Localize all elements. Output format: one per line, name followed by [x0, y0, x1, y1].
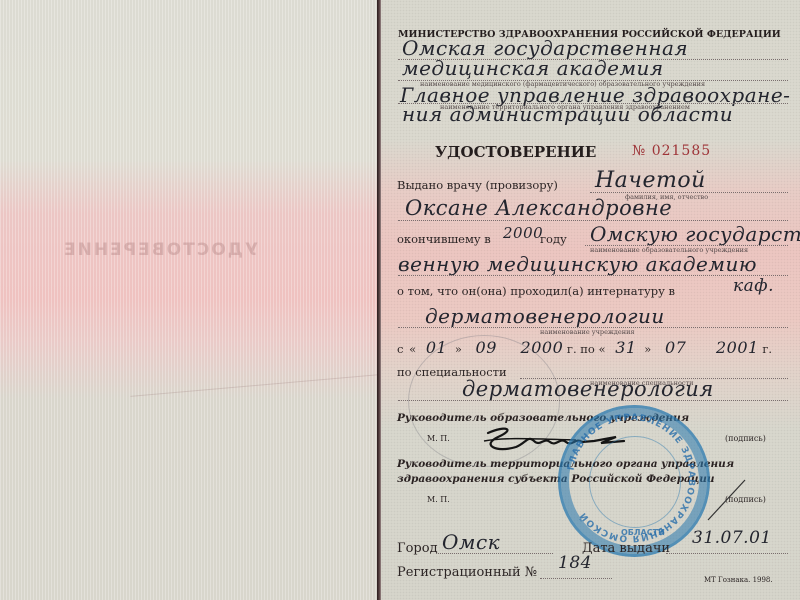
internship-label: о том, что он(она) проходил(а) интернату… — [397, 284, 675, 298]
graduated-label: окончившему в — [397, 232, 491, 246]
svg-text:ГЛАВНОЕ УПРАВЛЕНИЕ ЗДРАВООХРАН: ГЛАВНОЕ УПРАВЛЕНИЕ ЗДРАВООХРАНЕНИЯ ОМСКО… — [566, 413, 696, 543]
seal-place-2: М. П. — [427, 495, 450, 504]
internship-dept-line-1: каф. — [733, 276, 774, 296]
left-page: УДОСТОВЕРЕНИЕ — [0, 0, 377, 600]
period-row: с « 01 » 09 2000 г. по « 31 » 07 2001 г. — [397, 338, 787, 357]
period-from-prefix: с — [397, 342, 403, 356]
number-value: 021585 — [652, 143, 711, 159]
period-to-prefix: по — [580, 342, 595, 356]
city-label: Город — [397, 541, 438, 556]
authority-line-2: ния администрации области — [402, 102, 733, 126]
graduated-from-line-1: Омскую государст- — [590, 222, 800, 246]
issue-date-value: 31.07.01 — [692, 528, 772, 548]
year-label: году — [540, 232, 567, 246]
number-sign: № — [632, 143, 646, 159]
internship-caption: наименование учреждения — [540, 328, 635, 336]
seal-place-1: М. П. — [427, 434, 450, 443]
year-suffix-2: г. — [762, 342, 772, 356]
dotted-rule — [398, 220, 788, 221]
surname: Начетой — [595, 168, 706, 193]
graduated-from-line-2: венную медицинскую академию — [398, 252, 757, 276]
dotted-rule — [398, 275, 788, 276]
dotted-rule — [398, 400, 788, 401]
internship-dept-line-2: дерматовенерологии — [425, 304, 665, 328]
official-seal-stamp: ГЛАВНОЕ УПРАВЛЕНИЕ ЗДРАВООХРАНЕНИЯ ОМСКО… — [558, 405, 710, 557]
dotted-rule — [666, 553, 788, 554]
period-from-year: 2000 — [521, 338, 564, 357]
signature-caption-1: (подпись) — [725, 434, 766, 443]
issued-to-label: Выдано врачу (провизору) — [397, 178, 558, 192]
issue-date-label: Дата выдачи — [582, 541, 670, 556]
left-page-watermark: УДОСТОВЕРЕНИЕ — [62, 240, 258, 260]
year-suffix: г. — [567, 342, 577, 356]
period-to-year: 2001 — [716, 338, 759, 357]
paper-crease — [130, 374, 379, 397]
specialty-value: дерматовенерология — [462, 377, 714, 401]
city-value: Омск — [442, 530, 500, 554]
graduation-year: 2000 — [503, 224, 543, 242]
given-names: Оксане Александровне — [405, 196, 672, 220]
printer-imprint: МТ Гознака. 1998. — [704, 576, 773, 584]
period-to-month: 07 — [665, 338, 686, 357]
registration-label: Регистрационный № — [397, 565, 537, 580]
institution-line-2: медицинская академия — [402, 56, 664, 80]
registration-number: 184 — [558, 553, 592, 573]
period-from-month: 09 — [476, 338, 497, 357]
dotted-rule — [540, 578, 612, 579]
seal-bottom-text: ОБЛАСТИ — [621, 528, 665, 537]
period-from-day: 01 — [426, 338, 447, 357]
dotted-rule — [438, 553, 553, 554]
certificate-number: № 021585 — [632, 143, 711, 159]
period-to-day: 31 — [615, 338, 636, 357]
certificate-title: УДОСТОВЕРЕНИЕ — [435, 143, 596, 161]
